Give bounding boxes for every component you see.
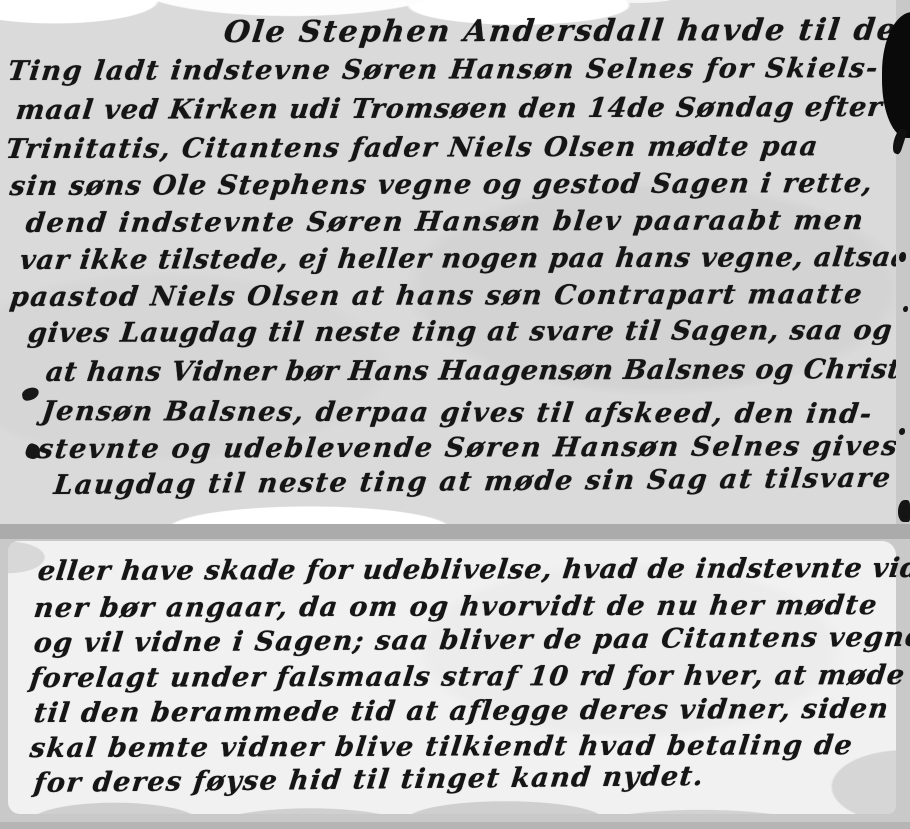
manuscript-line: sin søns Ole Stephens vegne og gestod Sa… <box>8 170 874 200</box>
manuscript-line: Jensøn Balsnes, derpaa gives til afskeed… <box>40 398 874 428</box>
paper-fragment-bottom: eller have skade for udeblivelse, hvad d… <box>0 539 910 822</box>
scan-divider-band <box>0 524 910 539</box>
manuscript-line: dend indstevnte Søren Hansøn blev paaraa… <box>24 207 866 237</box>
scanner-bottom-strip <box>0 822 910 829</box>
manuscript-line: ner bør angaar, da om og hvorvidt de nu … <box>32 592 879 622</box>
manuscript-line: eller have skade for udeblivelse, hvad d… <box>36 555 910 585</box>
manuscript-line: og vil vidne i Sagen; saa bliver de paa … <box>32 624 910 657</box>
manuscript-line: gives Laugdag til neste ting at svare ti… <box>26 317 894 347</box>
manuscript-line: paastod Niels Olsen at hans søn Contrapa… <box>8 281 864 311</box>
manuscript-line: stevnte og udeblevende Søren Hansøn Seln… <box>36 433 900 463</box>
paper-surface: eller have skade for udeblivelse, hvad d… <box>8 541 896 814</box>
manuscript-line: Trinitatis, Citantens fader Niels Olsen … <box>4 133 820 163</box>
manuscript-line: Laugdag til neste ting at møde sin Sag a… <box>52 465 893 499</box>
edge-speck <box>898 500 910 522</box>
manuscript-line: var ikke tilstede, ej heller nogen paa h… <box>18 244 910 274</box>
manuscript-line: Ole Stephen Andersdall havde til dette <box>222 15 910 48</box>
ink-blot <box>21 386 40 401</box>
manuscript-line: forelagt under falsmaals straf 10 rd for… <box>28 662 907 692</box>
manuscript-line: maal ved Kirken udi Tromsøen den 14de Sø… <box>14 94 884 124</box>
manuscript-scan: Ole Stephen Andersdall havde til dette T… <box>0 0 910 829</box>
manuscript-line: skal bemte vidner blive tilkiendt hvad b… <box>28 732 854 762</box>
manuscript-line: til den berammede tid at aflegge deres v… <box>32 696 890 727</box>
manuscript-line: for deres føyse hid til tinget kand nyde… <box>32 763 705 797</box>
manuscript-line: Ting ladt indstevne Søren Hansøn Selnes … <box>6 55 880 85</box>
manuscript-line: at hans Vidner bør Hans Haagensøn Balsne… <box>44 356 910 386</box>
paper-fragment-top: Ole Stephen Andersdall havde til dette T… <box>0 0 910 524</box>
